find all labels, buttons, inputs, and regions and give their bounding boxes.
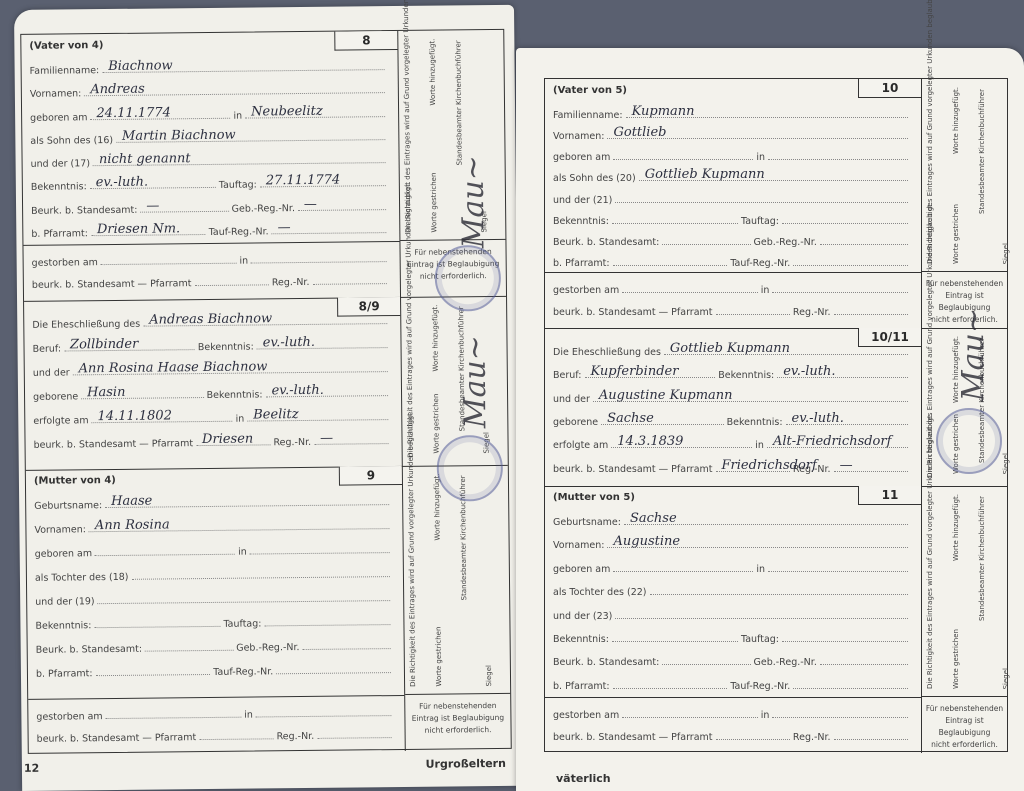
field-line[interactable] <box>662 664 750 665</box>
handwritten-value: Haase <box>111 494 152 509</box>
left-page: 8(Vater von 4)Familienname:BiachnowVorna… <box>14 5 522 791</box>
field-label: Vornamen: <box>553 131 604 142</box>
field-line[interactable]: Hasin <box>81 397 203 399</box>
field-line[interactable]: Driesen <box>196 444 270 446</box>
field-line[interactable]: Sachse <box>624 524 908 525</box>
form-row: Familienname:Biachnow <box>29 53 387 77</box>
field-label: Beruf: <box>553 370 582 381</box>
field-label: in <box>244 710 253 721</box>
certification-text: Die Richtigkeit des Eintrages wird auf G… <box>407 474 417 687</box>
field-label: und der <box>553 394 590 405</box>
form-row: gestorben amin <box>36 699 394 723</box>
field-label: und der (23) <box>553 611 612 622</box>
handwritten-value: 27.11.1774 <box>266 173 341 189</box>
form-row: b. Pfarramt:Tauf-Reg.-Nr. <box>553 672 911 692</box>
field-line[interactable]: Driesen Nm. <box>91 234 206 236</box>
death-divider <box>545 272 921 273</box>
official-signature: Mau~ <box>956 308 991 401</box>
field-line[interactable]: — <box>314 443 388 445</box>
note-line: nicht erforderlich. <box>922 739 1007 751</box>
words-added-label: Worte hinzugefügt. <box>952 87 960 154</box>
field-line[interactable] <box>820 664 908 665</box>
field-line[interactable] <box>615 618 908 619</box>
form-row: Bekenntnis:Tauftag: <box>553 625 911 645</box>
official-seal-stamp <box>436 435 503 502</box>
field-label: Tauftag: <box>219 180 257 191</box>
field-label: Die Eheschließung des <box>553 347 661 358</box>
field-line[interactable] <box>312 283 386 285</box>
form-row: Bekenntnis:ev.-luth.Tauftag:27.11.1774 <box>31 169 389 193</box>
field-line[interactable] <box>131 576 389 580</box>
form-row: und derAnn Rosina Haase Biachnow <box>33 355 391 379</box>
handwritten-value: Gottlieb <box>613 125 666 140</box>
entry-number: 10 <box>858 79 921 98</box>
official-signature: Mau~ <box>457 335 493 428</box>
field-line[interactable] <box>194 284 268 286</box>
field-label: beurk. b. Standesamt — Pfarramt <box>553 464 713 475</box>
field-line[interactable] <box>613 571 753 572</box>
field-line[interactable]: Andreas <box>84 92 385 96</box>
field-label: Vornamen: <box>34 524 86 536</box>
words-added-label: Worte hinzugefügt. <box>431 305 440 372</box>
form-row: beurk. b. Standesamt — PfarramtFriedrich… <box>553 455 911 475</box>
handwritten-value: Andreas <box>90 82 145 98</box>
handwritten-value: — <box>320 431 333 446</box>
field-label: als Sohn des (20) <box>553 173 636 184</box>
form-row: Vornamen:Andreas <box>30 76 388 100</box>
field-line[interactable] <box>793 688 908 689</box>
field-line[interactable] <box>106 717 242 719</box>
field-label: Tauftag: <box>741 634 779 645</box>
handwritten-value: — <box>278 220 291 235</box>
field-line[interactable] <box>662 244 750 245</box>
handwritten-value: nicht genannt <box>99 151 191 167</box>
form-row: gestorben amin <box>553 276 911 296</box>
field-label: Die Eheschließung des <box>32 319 140 331</box>
handwritten-value: Zollbinder <box>70 337 138 353</box>
field-line[interactable]: Friedrichsdorf <box>716 471 790 472</box>
field-label: Geburtsname: <box>34 500 102 512</box>
handwritten-value: ev.-luth. <box>792 411 844 426</box>
words-struck-label: Worte gestrichen <box>952 629 960 689</box>
field-label: Tauf-Reg.-Nr. <box>730 681 790 692</box>
field-label: gestorben am <box>553 285 619 296</box>
form-row: b. Pfarramt:Driesen Nm.Tauf-Reg.-Nr.— <box>31 216 389 240</box>
handwritten-value: Beelitz <box>253 407 298 422</box>
field-label: Vornamen: <box>553 540 604 551</box>
handwritten-value: ev.-luth. <box>96 175 148 191</box>
field-line[interactable] <box>650 594 908 595</box>
form-row: beurk. b. Standesamt — PfarramtReg.-Nr. <box>553 298 911 318</box>
handwritten-value: Sachse <box>607 411 654 426</box>
note-line: Eintrag ist Beglaubigung <box>922 715 1007 739</box>
form-row: Familienname:Kupmann <box>553 101 911 121</box>
field-label: Vornamen: <box>30 89 82 101</box>
field-label: in <box>236 414 245 425</box>
field-line[interactable] <box>793 265 908 266</box>
entry-title: (Mutter von 5) <box>553 492 635 503</box>
field-label: als Sohn des (16) <box>30 135 113 147</box>
form-row: Vornamen:Ann Rosina <box>34 512 392 536</box>
form-row: und derAugustine Kupmann <box>553 385 911 405</box>
form-row: geboren amin <box>553 143 911 163</box>
field-line[interactable] <box>256 715 392 717</box>
field-line[interactable]: Augustine Kupmann <box>593 401 908 402</box>
field-label: Reg.-Nr. <box>276 731 314 742</box>
form-row: als Sohn des (20)Gottlieb Kupmann <box>553 164 911 184</box>
form-row: gestorben amin <box>32 245 390 269</box>
field-line[interactable]: Gottlieb Kupmann <box>639 180 908 181</box>
field-line[interactable]: — <box>834 471 908 472</box>
field-line[interactable]: Andreas Biachnow <box>143 323 387 327</box>
field-label: Geb.-Reg.-Nr. <box>236 642 299 654</box>
field-line[interactable] <box>251 261 387 263</box>
mother-section: 11(Mutter von 5)Geburtsname:SachseVornam… <box>545 486 1007 753</box>
words-struck-label: Worte gestrichen <box>434 627 443 687</box>
handwritten-value: — <box>304 196 317 211</box>
official-seal-stamp <box>434 245 501 312</box>
field-line[interactable] <box>768 571 908 572</box>
field-label: beurk. b. Standesamt — Pfarramt <box>32 278 192 291</box>
form-row: und der (23) <box>553 602 911 622</box>
field-line[interactable]: 27.11.1774 <box>260 185 386 187</box>
handwritten-value: Augustine <box>613 534 680 549</box>
official-signature: Mau~ <box>456 155 492 248</box>
field-line[interactable]: 24.11.1774 <box>91 117 231 119</box>
field-label: in <box>761 285 770 296</box>
words-added-label: Worte hinzugefügt. <box>952 494 960 561</box>
form-row: geboreneHasinBekenntnis:ev.-luth. <box>33 379 391 403</box>
entry-number: 8 <box>334 31 397 51</box>
words-struck-label: Worte gestrichen <box>952 204 960 264</box>
field-label: b. Pfarramt: <box>553 681 610 692</box>
field-label: b. Pfarramt: <box>553 258 610 269</box>
field-line[interactable] <box>772 292 908 293</box>
field-line[interactable] <box>834 314 908 315</box>
form-row: Beruf:ZollbinderBekenntnis:ev.-luth. <box>32 331 390 355</box>
field-line[interactable] <box>276 672 391 674</box>
field-line[interactable]: Biachnow <box>102 69 384 73</box>
field-label: Tauf-Reg.-Nr. <box>213 666 273 678</box>
field-line[interactable] <box>94 626 220 628</box>
field-label: geborene <box>553 417 598 428</box>
field-label: beurk. b. Standesamt — Pfarramt <box>553 732 713 743</box>
field-label: gestorben am <box>32 257 98 269</box>
field-line[interactable]: Gottlieb Kupmann <box>664 354 908 355</box>
field-line[interactable] <box>768 159 908 160</box>
official-label: Standesbeamter Kirchenbuchführer <box>454 40 463 165</box>
field-line[interactable] <box>145 650 233 652</box>
handwritten-value: Kupmann <box>632 104 695 119</box>
field-label: in <box>756 152 765 163</box>
handwritten-value: Ann Rosina <box>95 517 170 533</box>
field-label: in <box>238 547 247 558</box>
form-row: Die Eheschließung desAndreas Biachnow <box>32 307 390 331</box>
field-label: geboren am <box>30 112 88 124</box>
field-label: Tauftag: <box>741 216 779 227</box>
certification-column: Die Richtigkeit des Eintrages wird auf G… <box>921 486 1007 753</box>
form-row: Die Eheschließung desGottlieb Kupmann <box>553 338 911 358</box>
field-line[interactable] <box>820 244 908 245</box>
form-row: Vornamen:Augustine <box>553 531 911 551</box>
handwritten-value: Gottlieb Kupmann <box>670 341 790 356</box>
field-line[interactable] <box>101 263 237 265</box>
form-row: b. Pfarramt:Tauf-Reg.-Nr. <box>553 249 911 269</box>
field-label: beurk. b. Standesamt — Pfarramt <box>553 307 713 318</box>
field-label: Bekenntnis: <box>553 216 609 227</box>
field-line[interactable]: Gottlieb <box>607 138 908 139</box>
no-certification-note: Für nebenstehendenEintrag ist Beglaubigu… <box>922 696 1007 747</box>
field-line[interactable] <box>199 738 273 740</box>
form-row: geboreneSachseBekenntnis:ev.-luth. <box>553 408 911 428</box>
official-seal-stamp <box>936 408 1002 474</box>
field-label: Tauf-Reg.-Nr. <box>209 226 269 238</box>
field-line[interactable] <box>303 648 391 650</box>
note-line: nicht erforderlich. <box>406 724 511 737</box>
field-label: beurk. b. Standesamt — Pfarramt <box>37 732 197 745</box>
field-line[interactable]: ev.-luth. <box>786 424 908 425</box>
handwritten-value: Kupferbinder <box>591 364 679 379</box>
entry-title: (Vater von 5) <box>553 85 627 96</box>
handwritten-value: Augustine Kupmann <box>599 388 733 403</box>
field-label: Reg.-Nr. <box>793 307 831 318</box>
entry-number: 11 <box>858 486 921 505</box>
handwritten-value: — <box>146 198 159 213</box>
no-certification-note: Für nebenstehendenEintrag ist Beglaubigu… <box>405 693 511 745</box>
field-label: Bekenntnis: <box>553 634 609 645</box>
words-struck-label: Worte gestrichen <box>432 394 441 454</box>
mother-section: 9(Mutter von 4)Geburtsname:HaaseVornamen… <box>26 465 511 755</box>
handwritten-value: Hasin <box>87 385 125 400</box>
field-label: und der (21) <box>553 195 612 206</box>
field-label: Beurk. b. Standesamt: <box>553 657 659 668</box>
field-line[interactable]: Martin Biachnow <box>116 139 385 143</box>
field-line[interactable]: Augustine <box>607 547 908 548</box>
field-label: geborene <box>33 391 78 402</box>
entry-number: 9 <box>339 466 402 486</box>
field-label: und der (19) <box>35 596 95 608</box>
field-line[interactable] <box>716 739 790 740</box>
handwritten-value: ev.-luth. <box>783 364 835 379</box>
entry-title: (Mutter von 4) <box>34 475 116 487</box>
form-row: Geburtsname:Haase <box>34 488 392 512</box>
field-line[interactable] <box>95 554 235 556</box>
seal-label: Siegel <box>1002 453 1010 474</box>
form-row: Beurk. b. Standesamt:Geb.-Reg.-Nr. <box>553 228 911 248</box>
form-row: beurk. b. Standesamt — PfarramtReg.-Nr. <box>32 267 390 291</box>
form-row: erfolgte am14.3.1839inAlt-Friedrichsdorf <box>553 431 911 451</box>
left-form: 8(Vater von 4)Familienname:BiachnowVorna… <box>20 29 512 754</box>
handwritten-value: — <box>840 458 853 473</box>
death-divider <box>545 697 921 698</box>
father-section: 8(Vater von 4)Familienname:BiachnowVorna… <box>21 30 506 302</box>
field-label: Bekenntnis: <box>198 342 254 354</box>
field-label: als Tochter des (18) <box>35 572 129 584</box>
seal-label: Siegel <box>485 665 493 686</box>
handwritten-value: Sachse <box>630 511 677 526</box>
note-line: Eintrag ist Beglaubigung <box>405 712 510 725</box>
field-label: Geburtsname: <box>553 517 621 528</box>
handwritten-value: Andreas Biachnow <box>149 311 272 327</box>
field-label: Reg.-Nr. <box>273 437 311 448</box>
field-line[interactable] <box>834 739 908 740</box>
field-line[interactable]: Ann Rosina <box>89 528 390 532</box>
field-line[interactable]: Alt-Friedrichsdorf <box>767 447 908 448</box>
field-label: als Tochter des (22) <box>553 587 647 598</box>
field-line[interactable] <box>264 624 390 626</box>
field-label: Reg.-Nr. <box>272 277 310 288</box>
field-label: b. Pfarramt: <box>31 228 88 240</box>
field-label: in <box>239 256 248 267</box>
field-label: Bekenntnis: <box>207 389 263 401</box>
form-row: Vornamen:Gottlieb <box>553 122 911 142</box>
marriage-section: 10/11Die Eheschließung desGottlieb Kupma… <box>545 328 1007 487</box>
right-form: 10(Vater von 5)Familienname:KupmannVorna… <box>544 78 1008 752</box>
seal-label: Siegel <box>1002 668 1010 689</box>
field-label: gestorben am <box>36 711 102 723</box>
field-line[interactable]: — <box>298 209 386 211</box>
form-row: Bekenntnis:Tauftag: <box>553 207 911 227</box>
field-line[interactable] <box>782 641 908 642</box>
form-row: und der (21) <box>553 186 911 206</box>
note-line: Für nebenstehenden <box>922 278 1007 290</box>
field-line[interactable] <box>615 202 908 203</box>
handwritten-value: 24.11.1774 <box>96 105 171 121</box>
handwritten-value: ev.-luth. <box>271 383 323 399</box>
field-label: geboren am <box>553 152 610 163</box>
form-row: als Sohn des (16)Martin Biachnow <box>30 123 388 147</box>
field-line[interactable]: ev.-luth. <box>266 395 388 397</box>
field-line[interactable] <box>622 292 758 293</box>
field-label: erfolgte am <box>553 440 608 451</box>
field-line[interactable] <box>96 674 211 676</box>
form-row: geboren amin <box>553 555 911 575</box>
form-row: beurk. b. Standesamt — PfarramtReg.-Nr. <box>553 723 911 743</box>
field-line[interactable] <box>782 223 908 224</box>
form-row: Geburtsname:Sachse <box>553 508 911 528</box>
field-line[interactable]: Haase <box>105 504 389 508</box>
handwritten-value: Friedrichsdorf <box>722 458 817 473</box>
field-label: in <box>755 440 764 451</box>
field-line[interactable]: 14.11.1802 <box>92 421 233 423</box>
field-line[interactable] <box>612 223 738 224</box>
form-row: Beurk. b. Standesamt:—Geb.-Reg.-Nr.— <box>31 193 389 217</box>
field-label: Familienname: <box>553 110 623 121</box>
handwritten-value: Alt-Friedrichsdorf <box>773 434 891 449</box>
page-number: 12 <box>24 762 39 775</box>
certification-text: Die Richtigkeit des Eintrages wird auf G… <box>926 494 934 689</box>
field-label: gestorben am <box>553 710 619 721</box>
handwritten-value: Driesen Nm. <box>97 221 180 237</box>
form-row: Beurk. b. Standesamt:Geb.-Reg.-Nr. <box>553 648 911 668</box>
handwritten-value: Gottlieb Kupmann <box>645 167 765 182</box>
handwritten-value: Neubeelitz <box>251 103 323 119</box>
field-line[interactable] <box>772 717 908 718</box>
field-label: in <box>761 710 770 721</box>
field-label: Beurk. b. Standesamt: <box>31 204 137 216</box>
father-section: 10(Vater von 5)Familienname:KupmannVorna… <box>545 79 1007 329</box>
handwritten-value: ev.-luth. <box>263 335 315 351</box>
field-label: Geb.-Reg.-Nr. <box>754 237 817 248</box>
handwritten-value: 14.11.1802 <box>97 408 172 424</box>
field-label: Bekenntnis: <box>31 181 87 193</box>
field-line[interactable] <box>98 600 391 604</box>
words-added-label: Worte hinzugefügt. <box>428 39 437 106</box>
field-line[interactable]: ev.-luth. <box>777 377 908 378</box>
field-line[interactable]: — <box>272 232 387 234</box>
field-line[interactable] <box>317 737 391 739</box>
form-row: als Tochter des (22) <box>553 578 911 598</box>
field-label: Beruf: <box>32 344 61 355</box>
note-line: Für nebenstehenden <box>405 700 510 713</box>
field-line[interactable] <box>716 314 790 315</box>
field-label: beurk. b. Standesamt — Pfarramt <box>34 438 194 451</box>
field-line[interactable]: Neubeelitz <box>245 116 385 118</box>
form-row: geboren am24.11.1774inNeubeelitz <box>30 100 388 124</box>
field-line[interactable] <box>622 717 758 718</box>
field-label: Bekenntnis: <box>718 370 774 381</box>
field-line[interactable] <box>250 552 390 554</box>
field-line[interactable]: Beelitz <box>247 419 388 421</box>
field-label: b. Pfarramt: <box>36 668 93 680</box>
official-label: Standesbeamter Kirchenbuchführer <box>978 89 986 214</box>
field-line[interactable]: ev.-luth. <box>257 347 388 349</box>
field-label: Geb.-Reg.-Nr. <box>232 203 295 215</box>
handwritten-value: 14.3.1839 <box>617 434 683 449</box>
field-label: und der (17) <box>31 158 91 170</box>
field-label: und der <box>33 367 70 378</box>
field-line[interactable] <box>613 265 728 266</box>
field-line[interactable] <box>613 688 728 689</box>
form-row: Beurk. b. Standesamt:Geb.-Reg.-Nr. <box>36 632 394 656</box>
official-label: Standesbeamter Kirchenbuchführer <box>978 496 986 621</box>
field-line[interactable]: Ann Rosina Haase Biachnow <box>73 371 388 375</box>
field-line[interactable]: Zollbinder <box>64 349 195 351</box>
field-line[interactable]: Kupferbinder <box>585 377 716 378</box>
field-line[interactable] <box>613 159 753 160</box>
field-label: erfolgte am <box>33 415 88 427</box>
field-label: Beurk. b. Standesamt: <box>36 644 142 656</box>
field-label: Reg.-Nr. <box>793 732 831 743</box>
handwritten-value: Martin Biachnow <box>122 127 236 143</box>
field-label: Beurk. b. Standesamt: <box>553 237 659 248</box>
form-row: und der (19) <box>35 584 393 608</box>
form-row: Beruf:KupferbinderBekenntnis:ev.-luth. <box>553 361 911 381</box>
field-line[interactable]: nicht genannt <box>93 162 386 166</box>
form-row: und der (17)nicht genannt <box>30 146 388 170</box>
field-label: in <box>233 110 242 121</box>
field-line[interactable]: Sachse <box>601 424 723 425</box>
form-row: geboren amin <box>35 536 393 560</box>
field-label: in <box>756 564 765 575</box>
field-line[interactable]: 14.3.1839 <box>611 447 752 448</box>
field-line[interactable]: — <box>140 210 228 212</box>
entry-title: (Vater von 4) <box>29 40 103 52</box>
certification-column: Die Richtigkeit des Eintrages wird auf G… <box>402 465 511 751</box>
field-label: Familienname: <box>30 65 100 77</box>
page-footer-label: Urgroßeltern <box>426 757 506 771</box>
handwritten-value: Ann Rosina Haase Biachnow <box>79 359 268 376</box>
form-row: erfolgte am14.11.1802inBeelitz <box>33 403 391 427</box>
form-row: als Tochter des (18) <box>35 560 393 584</box>
form-row: Bekenntnis:Tauftag: <box>35 608 393 632</box>
seal-label: Siegel <box>1002 243 1010 264</box>
field-line[interactable]: Kupmann <box>626 117 908 118</box>
right-page: 10(Vater von 5)Familienname:KupmannVorna… <box>516 48 1024 791</box>
field-line[interactable]: ev.-luth. <box>90 187 216 189</box>
field-line[interactable] <box>612 641 738 642</box>
field-label: Bekenntnis: <box>727 417 783 428</box>
